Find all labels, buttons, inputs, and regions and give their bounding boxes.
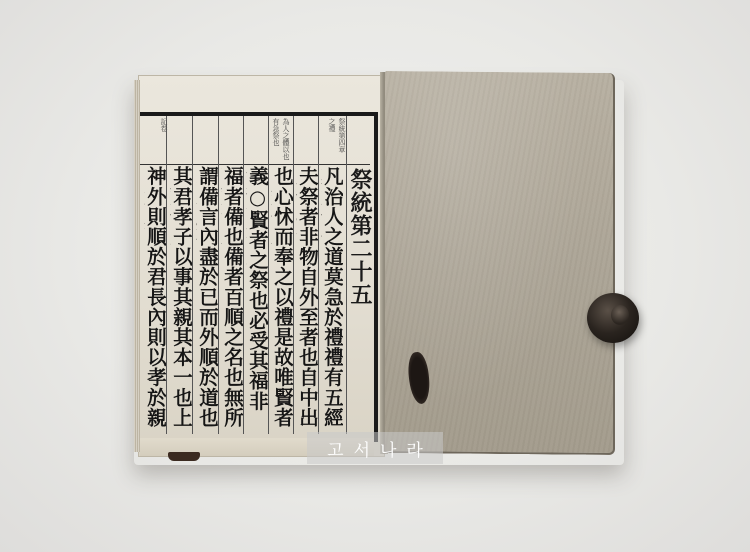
photo-scene: 記卷 有急祭也 為人之體以也 祭統第四章 之禮 凡治人之道莫急於禮禮有五經莫重於… <box>0 0 750 552</box>
text-column-1: 凡治人之道莫急於禮禮有五經莫重於祭 <box>321 166 343 428</box>
column-rule <box>293 116 294 434</box>
header-note: 之禮 <box>328 118 336 132</box>
text-column-4: 義○賢者之祭也必受其福非世所謂福也 <box>246 166 268 428</box>
column-rule <box>218 116 219 434</box>
text-column-8: 神外則順於君長內則以孝於親如此之謂 <box>144 166 166 428</box>
column-rule <box>243 116 244 434</box>
text-column-5: 福者備也備者百順之名也無所不順者之 <box>221 166 243 428</box>
text-column-3: 也心怵而奉之以禮是故唯賢者能盡祭之 <box>271 166 293 428</box>
chapter-title: 祭統第二十五 <box>348 168 372 328</box>
header-note: 為人之體以也 <box>282 118 290 160</box>
watermark-text: 고서나라 <box>317 436 433 461</box>
text-column-6: 謂備言內盡於已而外順於道也忠臣以事 <box>196 166 218 428</box>
watermark: 고서나라 <box>307 432 443 464</box>
column-rule <box>166 116 167 434</box>
column-rule <box>318 116 319 434</box>
header-note: 祭統第四章 <box>338 118 346 153</box>
header-note: 有急祭也 <box>272 118 280 146</box>
text-column-7: 其君孝子以事其親其本一也上則順於鬼 <box>170 166 192 428</box>
text-column-2: 夫祭者非物自外至者也自中出生於心者 <box>296 166 318 428</box>
column-rule <box>268 116 269 434</box>
page-ink-stain <box>168 452 200 461</box>
clasp-knob-top <box>611 305 629 325</box>
column-rule <box>192 116 193 434</box>
